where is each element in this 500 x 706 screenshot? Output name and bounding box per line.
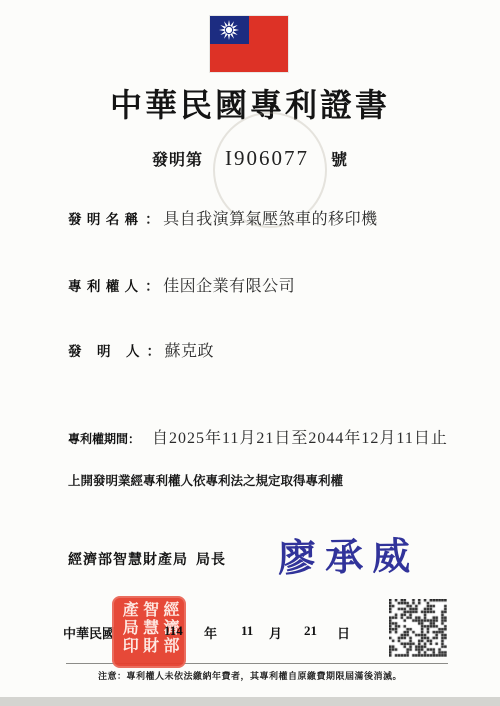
date-month-unit: 月 (269, 623, 282, 642)
field-label: 發 明 人 (68, 340, 141, 360)
date-day: 21 (304, 623, 317, 639)
date-era: 中華民國 (63, 623, 115, 642)
date-year-unit: 年 (204, 623, 217, 642)
certificate-number-line: 發明第 I906077 號 (0, 146, 500, 171)
field-value: 佳因企業有限公司 (163, 273, 295, 296)
cert-number-suffix: 號 (331, 147, 348, 170)
seal-column: 智慧財 (139, 601, 158, 663)
patent-certificate-page: 中華民國專利證書 發明第 I906077 號 發 明 名 稱 ： 具自我演算氣壓… (0, 0, 500, 706)
date-year: 114 (164, 623, 183, 639)
issuer-line: 經濟部智慧財產局局長 (68, 549, 226, 569)
issuer-title: 局長 (196, 553, 226, 568)
field-patent-holder: 專 利 權 人 ： 佳因企業有限公司 (68, 273, 295, 296)
field-inventor: 發 明 人 ： 蘇克政 (68, 338, 214, 361)
roc-flag (210, 16, 288, 72)
grant-statement: 上開發明業經專利權人依專利法之規定取得專利權 (68, 471, 343, 489)
data-matrix-barcode (389, 599, 447, 657)
cert-number-value: I906077 (225, 146, 309, 171)
date-month: 11 (241, 623, 253, 639)
field-value: 蘇克政 (165, 338, 215, 361)
field-colon: ： (145, 209, 159, 229)
seal-column: 產局印 (119, 601, 138, 663)
flag-canton (210, 16, 249, 44)
cert-number-prefix: 發明第 (152, 147, 203, 170)
director-signature: 廖承威 (278, 525, 420, 582)
date-day-unit: 日 (337, 623, 350, 642)
field-colon: ： (147, 341, 161, 361)
issuer-office: 經濟部智慧財產局 (68, 553, 188, 568)
field-value: 自2025年11月21日至2044年12月11日止 (152, 425, 448, 448)
sun-icon (218, 19, 240, 41)
field-patent-term: 專利權期間： 自2025年11月21日至2044年12月11日止 (68, 425, 448, 448)
field-label: 專利權期間： (68, 430, 140, 447)
field-label: 發 明 名 稱 (68, 208, 139, 228)
field-colon: ： (145, 276, 159, 296)
scan-edge-strip (0, 697, 500, 706)
field-invention-name: 發 明 名 稱 ： 具自我演算氣壓煞車的移印機 (68, 206, 378, 229)
field-value: 具自我演算氣壓煞車的移印機 (163, 206, 378, 229)
footnote-text: 注意：專利權人未依法繳納年費者，其專利權自原繳費期限屆滿後消滅。 (0, 669, 500, 682)
field-label: 專 利 權 人 (68, 275, 139, 295)
